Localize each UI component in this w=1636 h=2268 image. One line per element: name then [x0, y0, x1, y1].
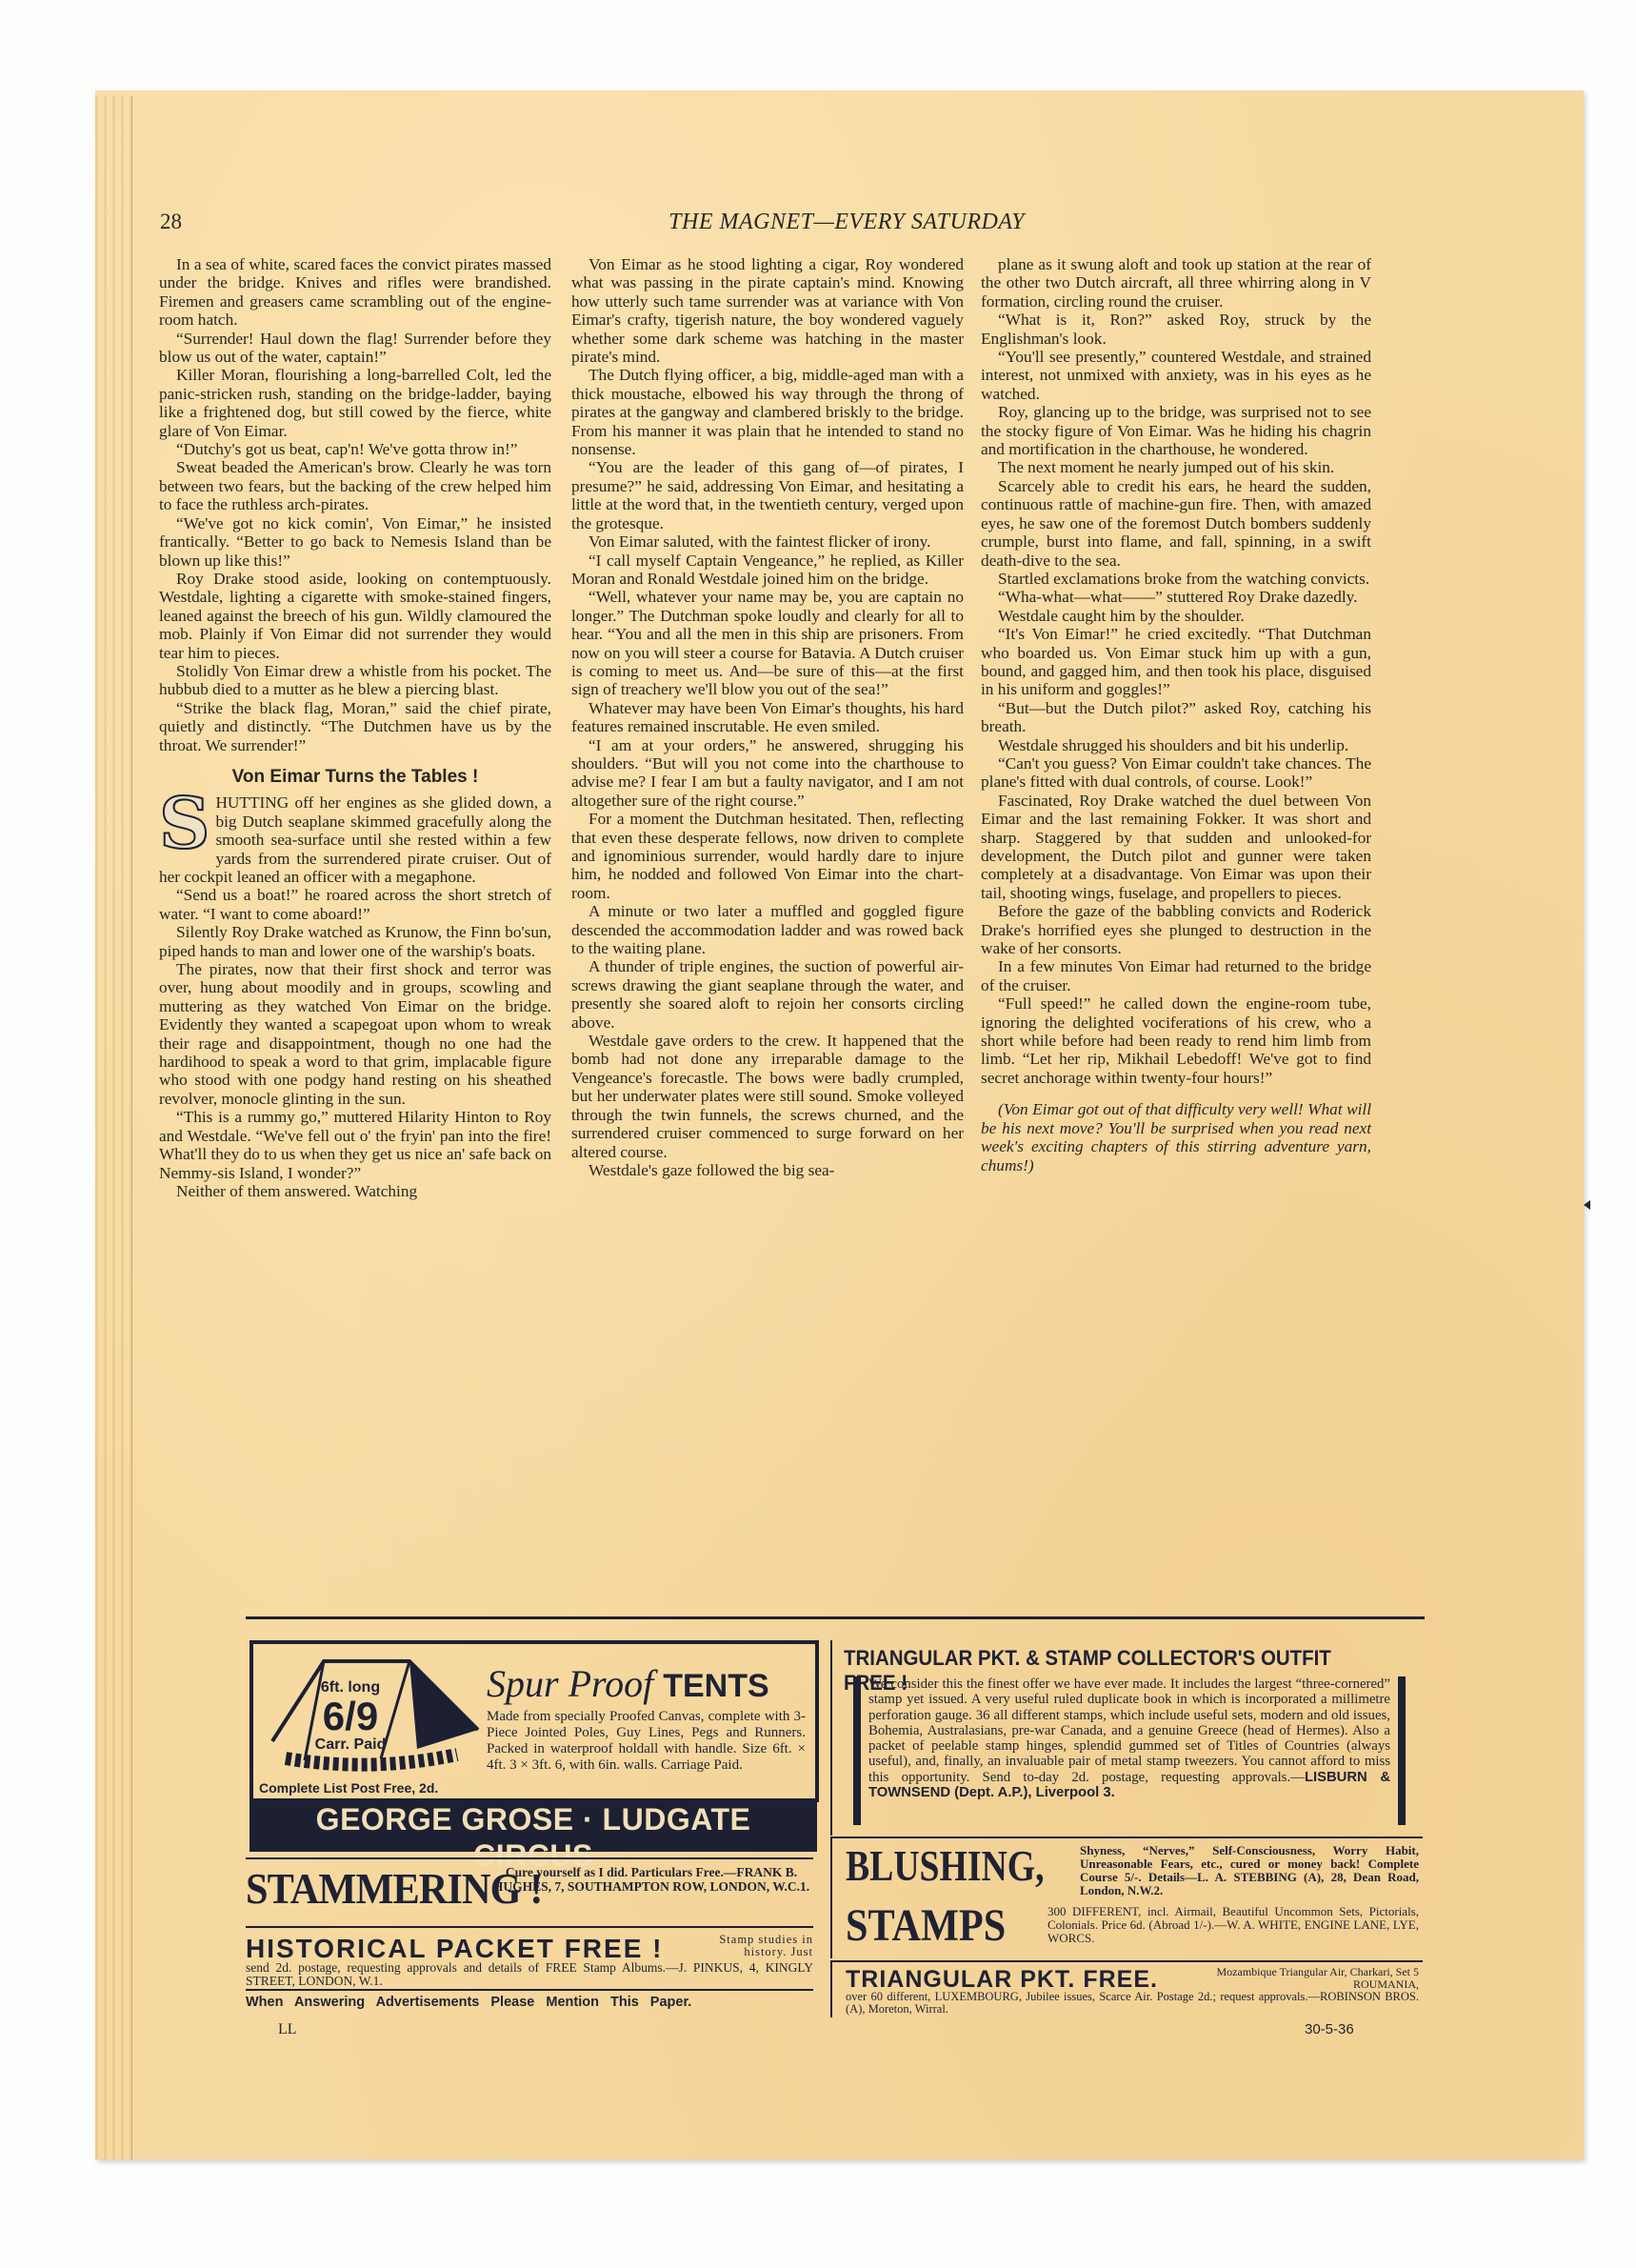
story-paragraph: “Can't you guess? Von Eimar couldn't tak…	[981, 754, 1371, 792]
triangular-outfit-advert: TRIANGULAR PKT. & STAMP COLLECTOR'S OUTF…	[830, 1640, 1423, 1836]
story-paragraph: plane as it swung aloft and took up stat…	[981, 255, 1371, 311]
editor-note: (Von Eimar got out of that difficulty ve…	[981, 1100, 1371, 1174]
story-paragraph: Westdale gave orders to the crew. It hap…	[571, 1032, 964, 1161]
tent-list-offer: Complete List Post Free, 2d.	[259, 1780, 438, 1796]
story-paragraph: “What is it, Ron?” asked Roy, struck by …	[981, 311, 1371, 348]
svg-text:Carr. Paid: Carr. Paid	[315, 1736, 387, 1753]
story-paragraph: “I am at your orders,” he answered, shru…	[571, 736, 964, 811]
running-head: THE MAGNET—EVERY SATURDAY	[668, 210, 1025, 235]
story-paragraph: The next moment he nearly jumped out of …	[981, 458, 1371, 476]
story-paragraph: “You are the leader of this gang of—of p…	[571, 458, 964, 532]
page-edge-stack	[95, 96, 132, 2159]
story-paragraph: Roy Drake stood aside, looking on contem…	[159, 570, 551, 662]
drop-cap-paragraph: SHUTTING off her engines as she glided d…	[159, 793, 551, 886]
margin-mark	[1584, 1200, 1590, 1210]
story-column-2: Von Eimar as he stood lighting a cigar, …	[571, 255, 964, 1179]
triangular-free-advert: TRIANGULAR PKT. FREE. Mozambique Triangu…	[830, 1960, 1423, 2017]
story-paragraph: “Wha-what—what——” stuttered Roy Drake da…	[981, 588, 1371, 606]
footer-code: LL	[278, 2021, 297, 2038]
story-paragraph: Roy, glancing up to the bridge, was surp…	[981, 403, 1371, 458]
story-paragraph: “It's Von Eimar!” he cried excitedly. “T…	[981, 625, 1371, 699]
story-paragraph: Scarcely able to credit his ears, he hea…	[981, 477, 1371, 570]
stammering-advert: STAMMERING ! Cure yourself as I did. Par…	[246, 1857, 813, 1924]
story-column-3: plane as it swung aloft and took up stat…	[981, 255, 1371, 1174]
issue-date: 30-5-36	[1305, 2021, 1354, 2037]
footer-notice: When Answering Advertisements Please Men…	[246, 1989, 813, 2010]
historical-packet-advert: HISTORICAL PACKET FREE ! Stamp studies i…	[246, 1926, 813, 1987]
svg-text:6/9: 6/9	[323, 1694, 378, 1738]
story-paragraph: Von Eimar as he stood lighting a cigar, …	[571, 255, 964, 366]
story-paragraph: For a moment the Dutchman hesitated. The…	[571, 810, 964, 902]
blushing-advert: BLUSHING, Shyness, “Nerves,” Self-Consci…	[830, 1836, 1423, 1899]
tent-advert: 6ft. long 6/9 Carr. Paid Spur Proof TENT…	[249, 1640, 819, 1802]
story-paragraph: Von Eimar saluted, with the faintest fli…	[571, 532, 964, 551]
story-paragraph: “I call myself Captain Vengeance,” he re…	[571, 552, 964, 589]
story-paragraph: Startled exclamations broke from the wat…	[981, 570, 1371, 588]
story-paragraph: “Full speed!” he called down the engine-…	[981, 994, 1371, 1087]
story-paragraph: Sweat beaded the American's brow. Clearl…	[159, 458, 551, 513]
story-paragraph: “Dutchy's got us beat, cap'n! We've gott…	[159, 440, 551, 458]
story-paragraph: The Dutch flying officer, a big, middle-…	[571, 366, 964, 458]
story-paragraph: “But—but the Dutch pilot?” asked Roy, ca…	[981, 699, 1371, 736]
story-paragraph: Whatever may have been Von Eimar's thoug…	[571, 699, 964, 736]
story-paragraph: “We've got no kick comin', Von Eimar,” h…	[159, 514, 551, 570]
story-paragraph: “You'll see presently,” countered Westda…	[981, 348, 1371, 403]
page-number: 28	[160, 210, 182, 234]
tent-copy: Made from specially Proofed Canvas, comp…	[487, 1709, 806, 1774]
story-paragraph: Westdale caught him by the shoulder.	[981, 607, 1371, 625]
story-paragraph: Neither of them answered. Watching	[159, 1182, 551, 1200]
story-paragraph: A thunder of triple engines, the suction…	[571, 957, 964, 1032]
story-paragraph: The pirates, now that their first shock …	[159, 960, 551, 1108]
story-paragraph: Silently Roy Drake watched as Krunow, th…	[159, 923, 551, 960]
page-header: 28 THE MAGNET—EVERY SATURDAY	[160, 210, 1025, 244]
stamps-advert: STAMPS 300 DIFFERENT, incl. Airmail, Bea…	[830, 1899, 1423, 1958]
tent-icon: 6ft. long 6/9 Carr. Paid	[267, 1654, 482, 1795]
story-paragraph: A minute or two later a muffled and gogg…	[571, 902, 964, 957]
story-paragraph: In a few minutes Von Eimar had returned …	[981, 957, 1371, 994]
george-grose-banner: GEORGE GROSE · LUDGATE CIRCUS NEW BRIDGE…	[249, 1798, 817, 1852]
story-paragraph: Before the gaze of the babbling convicts…	[981, 902, 1371, 957]
story-column-1: In a sea of white, scared faces the conv…	[159, 255, 551, 1200]
story-paragraph: “Strike the black flag, Moran,” said the…	[159, 699, 551, 754]
tent-title: Spur Proof TENTS	[487, 1661, 769, 1706]
story-paragraph: Killer Moran, flourishing a long-barrell…	[159, 366, 551, 440]
story-paragraph: “Well, whatever your name may be, you ar…	[571, 588, 964, 698]
story-paragraph: “Surrender! Haul down the flag! Surrende…	[159, 330, 551, 367]
story-paragraph: Westdale's gaze followed the big sea-	[571, 1161, 964, 1179]
section-subheading: Von Eimar Turns the Tables !	[159, 768, 551, 786]
advert-divider-rule	[246, 1616, 1425, 1619]
story-paragraph: Westdale shrugged his shoulders and bit …	[981, 736, 1371, 754]
story-paragraph: Stolidly Von Eimar drew a whistle from h…	[159, 662, 551, 699]
story-paragraph: Fascinated, Roy Drake watched the duel b…	[981, 792, 1371, 902]
drop-cap-letter: S	[159, 795, 209, 853]
story-paragraph: “Send us a boat!” he roared across the s…	[159, 886, 551, 923]
story-paragraph: “This is a rummy go,” muttered Hilarity …	[159, 1108, 551, 1182]
story-paragraph: In a sea of white, scared faces the conv…	[159, 255, 551, 330]
